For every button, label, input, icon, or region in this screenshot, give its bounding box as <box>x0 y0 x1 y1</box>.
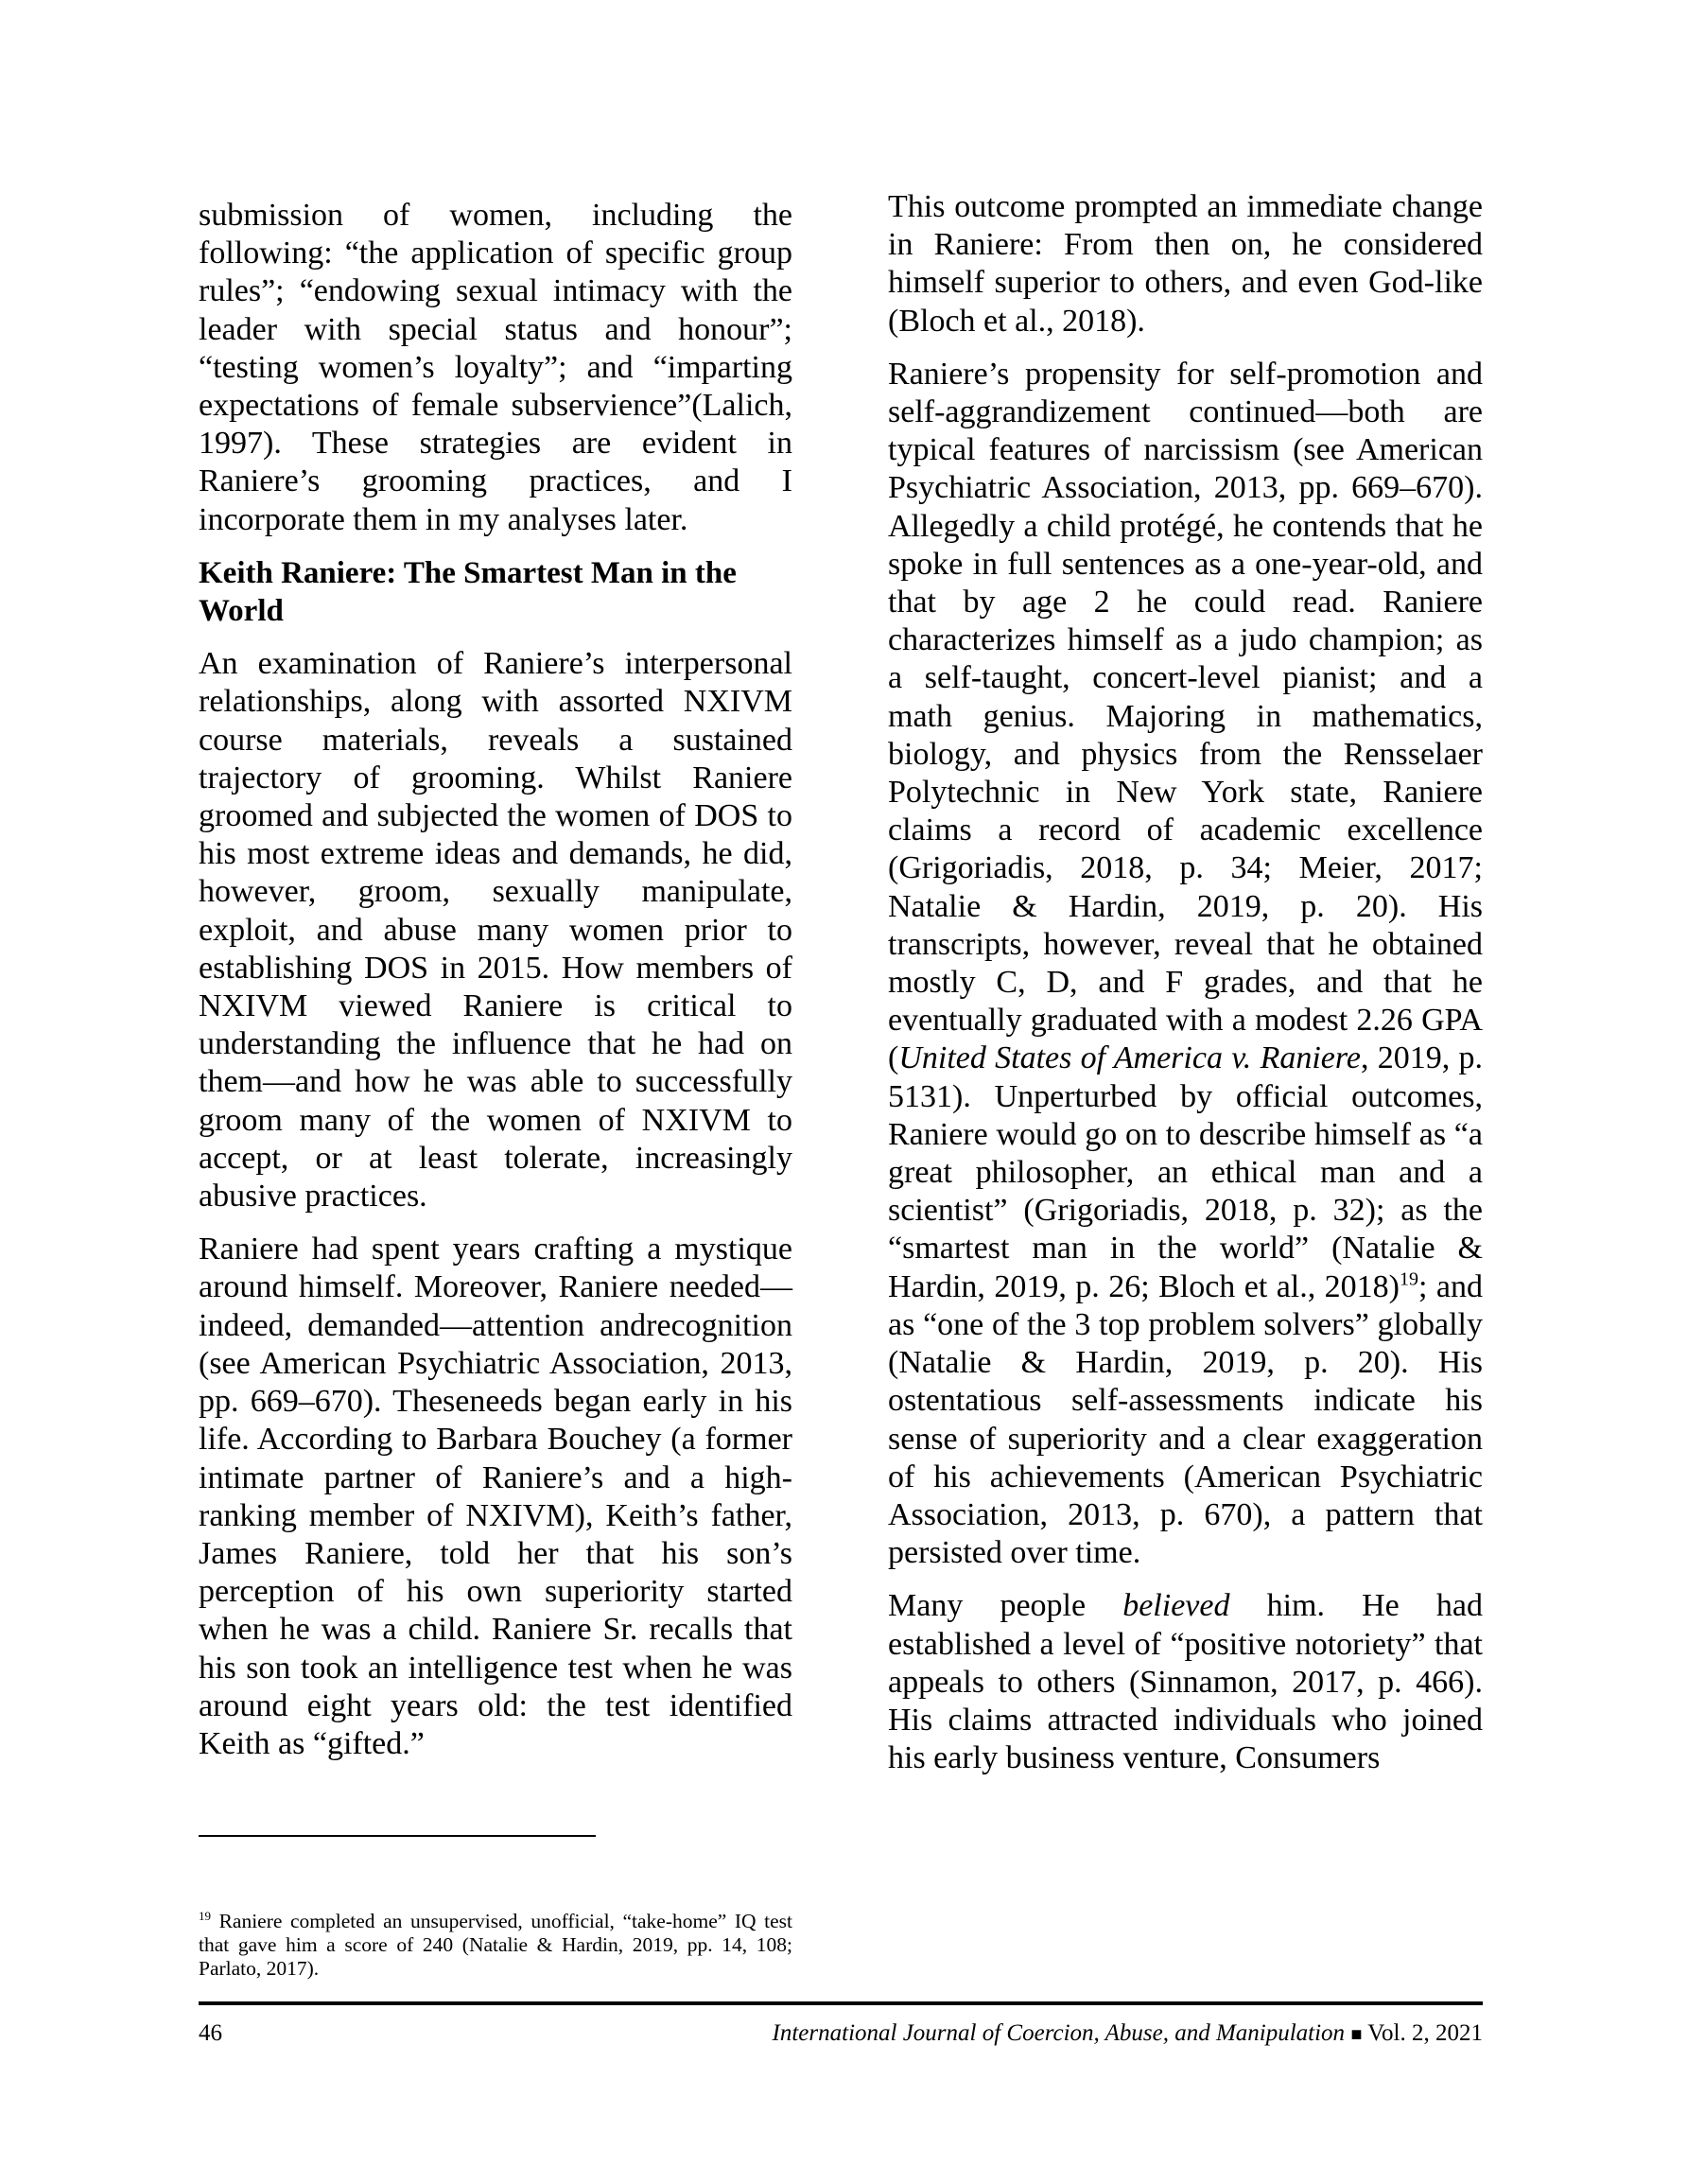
footnote-separator <box>199 1835 596 1837</box>
footnote-number: 19 <box>199 1909 211 1923</box>
volume-year: Vol. 2, 2021 <box>1367 2020 1483 2046</box>
paragraph-believed: Many people believed him. He had establi… <box>888 1587 1483 1777</box>
footnote-text: Raniere completed an unsupervised, unoff… <box>199 1910 792 1980</box>
square-separator-icon: ■ <box>1350 2024 1362 2045</box>
page-footer: 46 International Journal of Coercion, Ab… <box>199 2019 1483 2049</box>
text-run: Raniere’s propensity for self-promotion … <box>888 357 1483 1076</box>
emphasis: believed <box>1122 1588 1229 1623</box>
paragraph-interpersonal-relationships: An examination of Raniere’s interpersona… <box>199 645 792 1215</box>
case-citation: United States of America v. Raniere <box>898 1040 1361 1075</box>
text-run: ; and as “one of the 3 top problem solve… <box>888 1269 1483 1570</box>
footnote: 19 Raniere completed an unsupervised, un… <box>199 1910 792 1981</box>
paragraph-lalich-strategies: submission of women, including the follo… <box>199 197 792 539</box>
paragraph-outcome: This outcome prompted an immediate chang… <box>888 188 1483 341</box>
journal-info: International Journal of Coercion, Abuse… <box>773 2019 1483 2049</box>
page-number: 46 <box>199 2019 222 2049</box>
section-heading: Keith Raniere: The Smartest Man in the W… <box>199 554 792 630</box>
journal-title: International Journal of Coercion, Abuse… <box>773 2020 1346 2046</box>
paragraph-self-promotion: Raniere’s propensity for self-promotion … <box>888 356 1483 1573</box>
text-run: Many people <box>888 1588 1122 1623</box>
footnote-reference[interactable]: 19 <box>1400 1268 1418 1289</box>
right-column: This outcome prompted an immediate chang… <box>888 188 1483 1792</box>
text-run: , 2019, p. 5131). Unperturbed by officia… <box>888 1040 1483 1303</box>
left-column: submission of women, including the follo… <box>199 197 792 1778</box>
footer-rule <box>199 2001 1483 2005</box>
paragraph-mystique: Raniere had spent years crafting a mysti… <box>199 1231 792 1763</box>
